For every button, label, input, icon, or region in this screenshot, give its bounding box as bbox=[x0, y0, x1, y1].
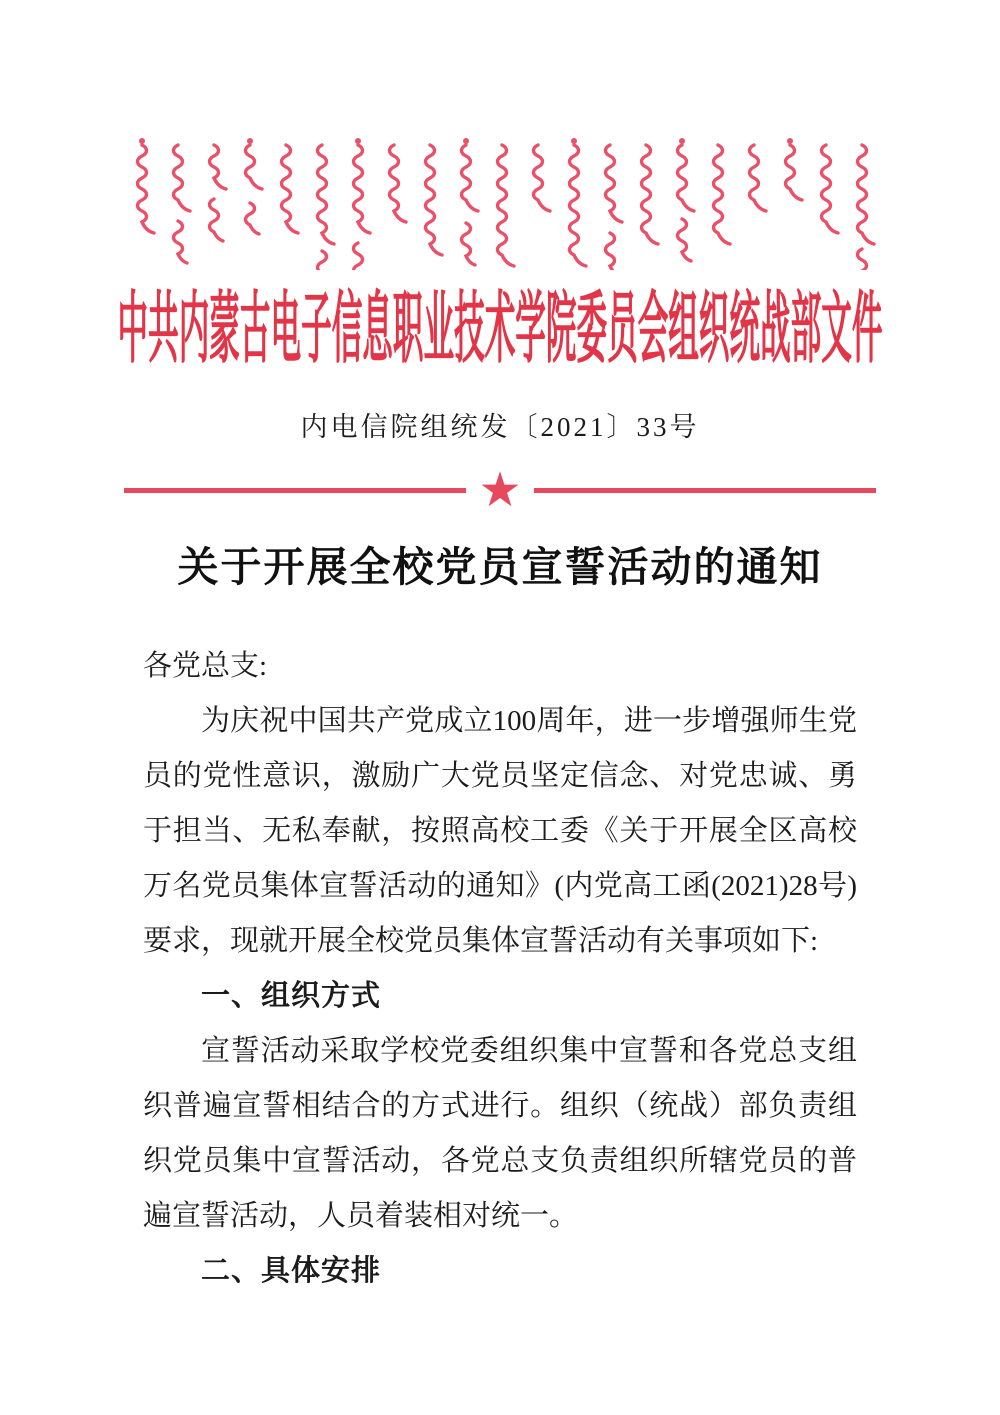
red-header: 中共内蒙古电子信息职业技术学院委员会组织统战部文件 bbox=[0, 282, 1000, 381]
document-body: 各党总支: 为庆祝中国共产党成立100周年，进一步增强师生党员的党性意识，激励广… bbox=[143, 639, 857, 1299]
divider-line-right bbox=[534, 488, 876, 493]
page-title: 关于开展全校党员宣誓活动的通知 bbox=[0, 534, 1000, 593]
document-page: 中共内蒙古电子信息职业技术学院委员会组织统战部文件 内电信院组统发〔2021〕3… bbox=[0, 0, 1000, 1415]
doc-number: 内电信院组统发〔2021〕33号 bbox=[0, 405, 1000, 444]
section-heading: 二、具体安排 bbox=[143, 1244, 857, 1299]
salutation: 各党总支: bbox=[143, 639, 857, 694]
body-paragraph: 宣誓活动采取学校党委组织集中宣誓和各党总支组织普遍宣誓相结合的方式进行。组织（统… bbox=[143, 1024, 857, 1244]
org-title: 中共内蒙古电子信息职业技术学院委员会组织统战部文件 bbox=[118, 282, 883, 373]
star-icon: ★ bbox=[478, 468, 521, 512]
body-sections: 为庆祝中国共产党成立100周年，进一步增强师生党员的党性意识，激励广大党员坚定信… bbox=[143, 694, 857, 1299]
mongolian-script-banner bbox=[124, 136, 876, 270]
star-divider: ★ bbox=[124, 468, 876, 512]
section-heading: 一、组织方式 bbox=[143, 969, 857, 1024]
body-paragraph: 为庆祝中国共产党成立100周年，进一步增强师生党员的党性意识，激励广大党员坚定信… bbox=[143, 694, 857, 969]
divider-line-left bbox=[124, 488, 466, 493]
